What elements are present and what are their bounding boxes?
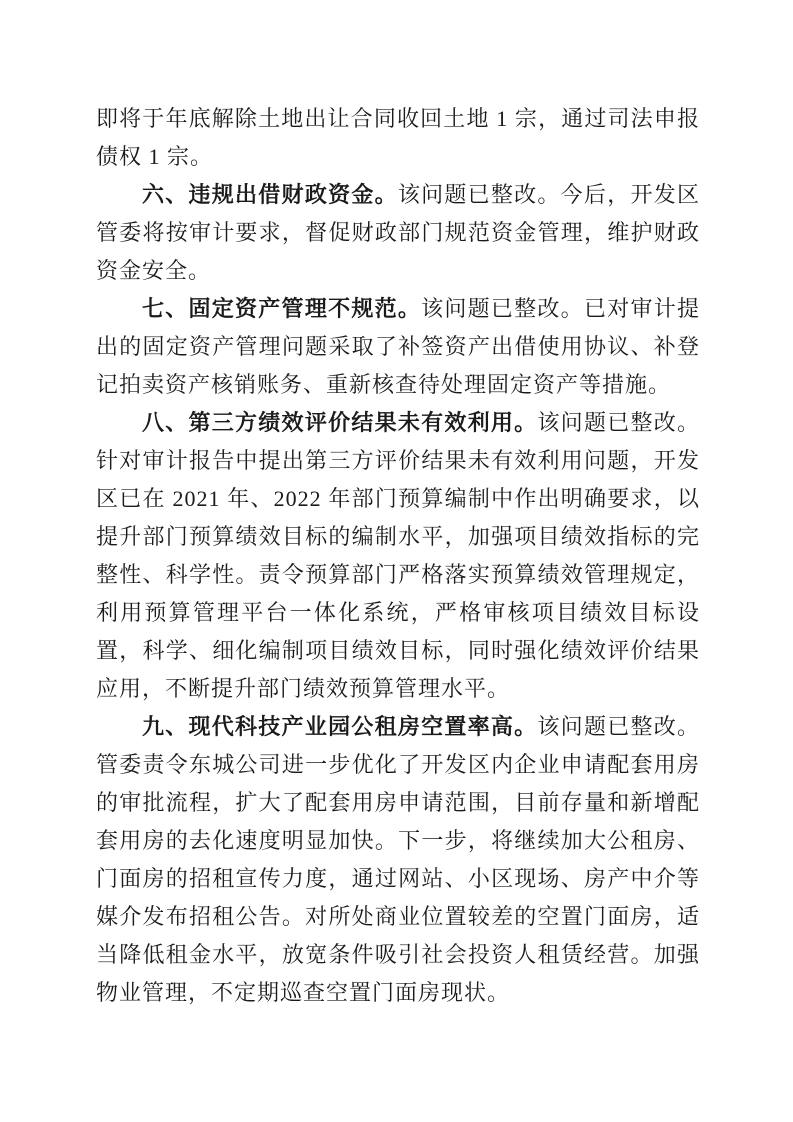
- paragraph-heading-text: 六、违规出借财政资金。: [142, 182, 398, 207]
- paragraph-heading-text: 九、现代科技产业园公租房空置率高。: [142, 714, 537, 739]
- paragraph: 八、第三方绩效评价结果未有效利用。该问题已整改。针对审计报告中提出第三方评价结果…: [96, 404, 700, 708]
- document-body: 即将于年底解除土地出让合同收回土地 1 宗，通过司法申报债权 1 宗。六、违规出…: [96, 100, 700, 1012]
- paragraph: 九、现代科技产业园公租房空置率高。该问题已整改。管委责令东城公司进一步优化了开发…: [96, 708, 700, 1012]
- paragraph-body-text: 该问题已整改。针对审计报告中提出第三方评价结果未有效利用问题，开发区已在 202…: [96, 410, 700, 701]
- paragraph: 七、固定资产管理不规范。该问题已整改。已对审计提出的固定资产管理问题采取了补签资…: [96, 290, 700, 404]
- paragraph-body-text: 该问题已整改。管委责令东城公司进一步优化了开发区内企业申请配套用房的审批流程，扩…: [96, 714, 700, 1005]
- paragraph: 六、违规出借财政资金。该问题已整改。今后，开发区管委将按审计要求，督促财政部门规…: [96, 176, 700, 290]
- document-page: 即将于年底解除土地出让合同收回土地 1 宗，通过司法申报债权 1 宗。六、违规出…: [0, 0, 793, 1122]
- paragraph-body-text: 即将于年底解除土地出让合同收回土地 1 宗，通过司法申报债权 1 宗。: [96, 106, 700, 169]
- paragraph-heading-text: 七、固定资产管理不规范。: [142, 296, 421, 321]
- paragraph-heading-text: 八、第三方绩效评价结果未有效利用。: [142, 410, 537, 435]
- paragraph: 即将于年底解除土地出让合同收回土地 1 宗，通过司法申报债权 1 宗。: [96, 100, 700, 176]
